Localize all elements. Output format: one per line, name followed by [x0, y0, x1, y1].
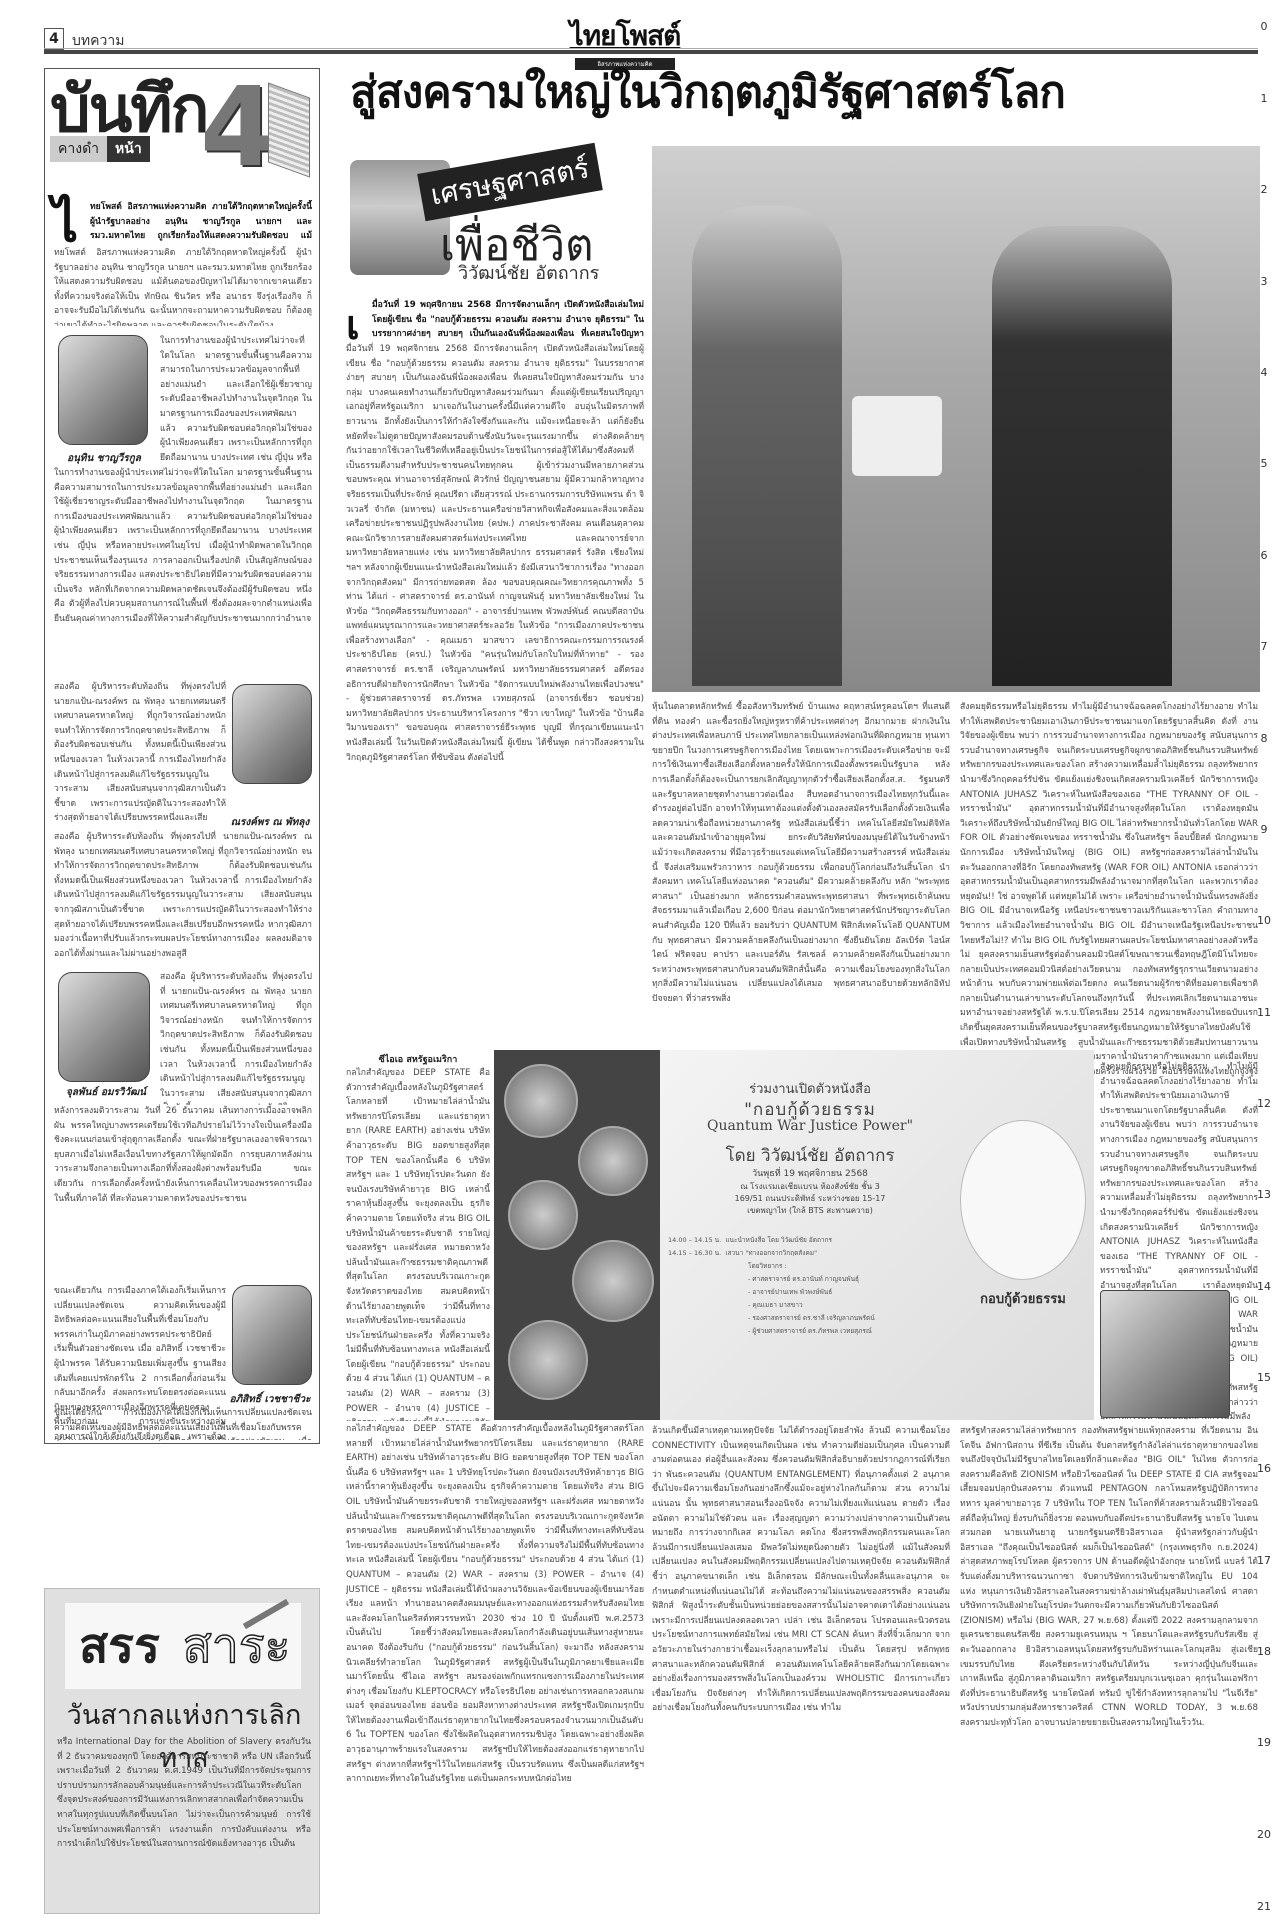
person-right [992, 226, 1172, 686]
person-left [692, 206, 842, 686]
poster-line8: เขตพญาไท (ใกล้ BTS สะพานควาย) [660, 1204, 960, 1217]
column-left-p2: ในการทำงานของผู้นำประเทศไม่ว่าจะที่ใดในโ… [160, 334, 312, 464]
event-poster: ร่วมงานเปิดตัวหนังสือ "กอบกู้ด้วยธรรม Qu… [494, 1050, 1094, 1420]
page-ruler: 0 1 2 3 4 5 6 7 8 9 10 11 12 13 14 15 16… [1258, 0, 1282, 1920]
poster-content: ร่วมงานเปิดตัวหนังสือ "กอบกู้ด้วยธรรม Qu… [660, 1050, 1094, 1420]
article-col1: มื่อวันที่ 19 พฤศจิกายน 2568 มีการจัดงาน… [346, 342, 644, 1052]
sara-logo: สรร สาระ [65, 1603, 301, 1689]
masthead-sub2: หน้า [107, 136, 150, 162]
column-left-p4: หลังการลงมติวาระสาม วันที่ 26 ธันวาคม เส… [54, 1104, 312, 1284]
article-col1-narrow: กลไกสำคัญของ DEEP STATE คือตัวการสำคัญเบ… [346, 1066, 490, 1421]
speaker-photo [508, 1180, 578, 1250]
header-rule-thin [44, 48, 1258, 49]
intro-text: ทยโพสต์ อิสรภาพแห่งความคิด ภายใต้วิกฤตหา… [90, 202, 312, 244]
column-left-p5b: ขณะเดียวกัน การเมืองภาคใต้เองก็เริ่มเห็น… [54, 1406, 312, 1440]
poster-line3: Quantum War Justice Power" [660, 1118, 960, 1134]
speakers-label: โดยวิทยากร : [668, 1260, 958, 1273]
dropcap: ไ [52, 198, 78, 250]
schedule-row: 14.00 – 14.15 น. แนะนำหนังสือ โดย วิวัฒน… [668, 1234, 958, 1247]
column-left-p1-cont: ทยโพสต์ อิสรภาพแห่งความคิด ภายใต้วิกฤตหา… [54, 246, 312, 326]
notebook-icon [268, 82, 310, 177]
speaker-item: - คุณเมธา มาสขาว [668, 1299, 958, 1312]
speaker-item: - อาจารย์ปานเทพ พัวพงษ์พันธ์ [668, 1286, 958, 1299]
article-col3: สังคมยุติธรรมหรือไม่ยุติธรรม ทำไมผู้มีอำ… [960, 700, 1258, 1080]
photo-julaphun [58, 972, 150, 1082]
masthead-sub1: คางดำ [50, 136, 107, 162]
photo-anutin [58, 335, 148, 445]
speaker-photo [572, 1240, 654, 1322]
photo-abhisit [232, 1285, 312, 1385]
article-headline: สู่สงครามใหญ่ในวิกฤตภูมิรัฐศาสตร์โลก [350, 64, 1260, 122]
newspaper-logo: ไทยโพสต์ อิสรภาพแห่งความคิด [540, 14, 710, 70]
schedule-row: 14.15 – 16.30 น. เสวนา "ทางออกจากวิกฤตสั… [668, 1247, 958, 1260]
article-col2: หุ้นในตลาดหลักทรัพย์ ซื้ออสังหาริมทรัพย์… [652, 700, 950, 1044]
gift-box [852, 396, 942, 476]
book-cover-mandala [960, 1120, 1086, 1280]
poster-schedule: 14.00 – 14.15 น. แนะนำหนังสือ โดย วิวัฒน… [668, 1234, 958, 1338]
sara-logo-right: สาระ [183, 1618, 291, 1674]
author-photo [1100, 1290, 1230, 1418]
photo-narongporn [232, 684, 312, 784]
cia-subheading: ซีไอเอ สหรัฐอเมริกา [346, 1052, 490, 1066]
caption-anutin: อนุทิน ชาญวีรกูล [54, 451, 154, 466]
book-title: กอบกู้ด้วยธรรม [960, 1288, 1086, 1309]
speaker-photo [578, 1126, 648, 1196]
sara-body: หรือ International Day for the Abolition… [57, 1735, 311, 1907]
article-col1b: กลไกสำคัญของ DEEP STATE คือตัวการสำคัญเบ… [346, 1422, 644, 1920]
sara-logo-left: สรร [79, 1618, 160, 1674]
column-left-p3b: สองคือ ผู้บริหารระดับท้องถิ่น ที่พุ่งตรง… [54, 830, 312, 980]
main-photo [652, 146, 1260, 692]
sidebar-box-sara: สรร สาระ วันสากลแห่งการเลิกทาส หรือ Inte… [44, 1588, 320, 1914]
header-rule [44, 50, 1258, 54]
caption-julaphun: จุลพันธ์ อมรวิวัฒน์ [54, 1085, 158, 1100]
speaker-item: - ผู้ช่วยศาสตราจารย์ ดร.ภัทรพล เวทยสุภรณ… [668, 1325, 958, 1338]
speaker-item: - รองศาสตราจารย์ ดร.ชาลี เจริญลาภนพรัตน์ [668, 1312, 958, 1325]
page-number: 4 [44, 28, 64, 50]
poster-line4: โดย วิวัฒน์ชัย อัตถากร [660, 1142, 960, 1169]
column-left-p2b: ในการทำงานของผู้นำประเทศไม่ว่าจะที่ใดในโ… [54, 466, 312, 676]
article-col3b: สหรัฐทำสงครามไล่ล่าทรัพยากร กองทัพสหรัฐพ… [960, 1424, 1258, 1920]
ruler-tick: 0 [1254, 20, 1274, 33]
column-author: วิวัฒน์ชัย อัตถากร [458, 258, 599, 287]
caption-abhisit: อภิสิทธิ์ เวชชาชีวะ [222, 1392, 318, 1407]
speaker-item: - ศาสตราจารย์ ดร.อานันท์ กาญจนพันธุ์ [668, 1273, 958, 1286]
column-band: เศรษฐศาสตร์ เพื่อชีวิต วิวัฒน์ชัย อัตถาก… [340, 140, 640, 280]
caption-narongporn: ณรงค์พร ณ พัทลุง [222, 815, 318, 830]
article-col2b: ล้วนเกิดขึ้นมีสาเหตุตามเหตุปัจจัย ไม่ได้… [652, 1424, 950, 1920]
speaker-photo [508, 1320, 588, 1400]
column-left-intro: ทยโพสต์ อิสรภาพแห่งความคิด ภายใต้วิกฤตหา… [90, 200, 312, 244]
article-lead: มื่อวันที่ 19 พฤศจิกายน 2568 มีการจัดงาน… [372, 298, 644, 342]
column-left-p3c: สองคือ ผู้บริหารระดับท้องถิ่น ที่พุ่งตรง… [160, 970, 312, 1105]
poster-line5: วันพุธที่ 19 พฤศจิกายน 2568 [660, 1166, 960, 1180]
column-left-p3: สองคือ ผู้บริหารระดับท้องถิ่น ที่พุ่งตรง… [54, 680, 226, 825]
speaker-photo [504, 1064, 578, 1138]
